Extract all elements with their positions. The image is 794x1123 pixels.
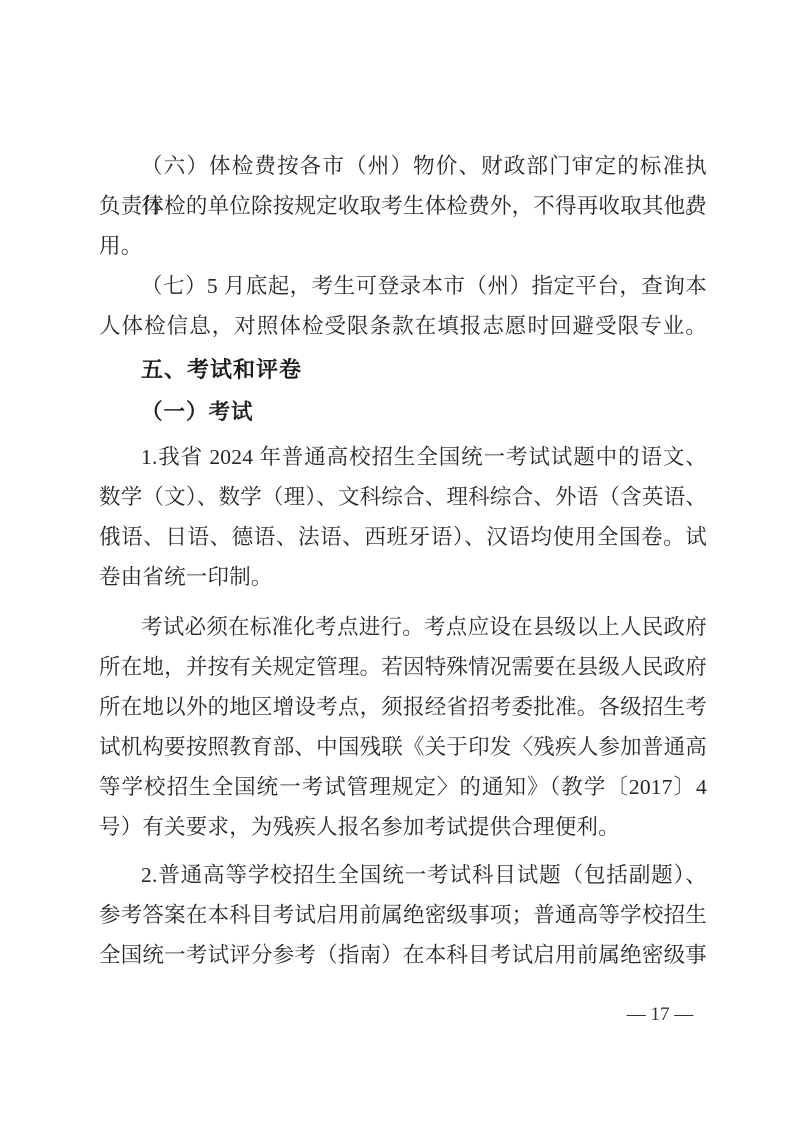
text-line: 用。 — [99, 226, 707, 266]
text-line: 号）有关要求，为残疾人报名参加考试提供合理便利。 — [99, 807, 707, 847]
page-number: — 17 — — [600, 1002, 720, 1028]
text-line: 考试必须在标准化考点进行。考点应设在县级以上人民政府 — [99, 607, 707, 647]
subsection-heading: （一）考试 — [99, 392, 707, 432]
text-line: 俄语、日语、德语、法语、西班牙语）、汉语均使用全国卷。试 — [99, 517, 707, 557]
text-line: 负责体检的单位除按规定收取考生体检费外，不得再收取其他费 — [99, 186, 707, 226]
text-line: （七）5 月底起，考生可登录本市（州）指定平台，查询本 — [99, 266, 707, 306]
text-line: 2.普通高等学校招生全国统一考试科目试题（包括副题）、 — [99, 855, 707, 895]
text-line: 1.我省 2024 年普通高校招生全国统一考试试题中的语文、 — [99, 437, 707, 477]
text-line: 等学校招生全国统一考试管理规定〉的通知》（教学〔2017〕4 — [99, 767, 707, 807]
document-body: （六）体检费按各市（州）物价、财政部门审定的标准执行。负责体检的单位除按规定收取… — [99, 146, 707, 975]
text-line: 试机构要按照教育部、中国残联《关于印发〈残疾人参加普通高 — [99, 727, 707, 767]
text-line: 数学（文）、数学（理）、文科综合、理科综合、外语（含英语、 — [99, 477, 707, 517]
text-line: 所在地，并按有关规定管理。若因特殊情况需要在县级人民政府 — [99, 647, 707, 687]
section-heading: 五、考试和评卷 — [99, 350, 707, 390]
text-line: 卷由省统一印制。 — [99, 557, 707, 597]
text-line: 人体检信息，对照体检受限条款在填报志愿时回避受限专业。 — [99, 306, 707, 346]
text-line: 所在地以外的地区增设考点，须报经省招考委批准。各级招生考 — [99, 687, 707, 727]
text-line: （六）体检费按各市（州）物价、财政部门审定的标准执行。 — [99, 146, 707, 186]
text-line: 参考答案在本科目考试启用前属绝密级事项；普通高等学校招生 — [99, 895, 707, 935]
document-page: （六）体检费按各市（州）物价、财政部门审定的标准执行。负责体检的单位除按规定收取… — [0, 0, 794, 1123]
text-line: 全国统一考试评分参考（指南）在本科目考试启用前属绝密级事 — [99, 935, 707, 975]
